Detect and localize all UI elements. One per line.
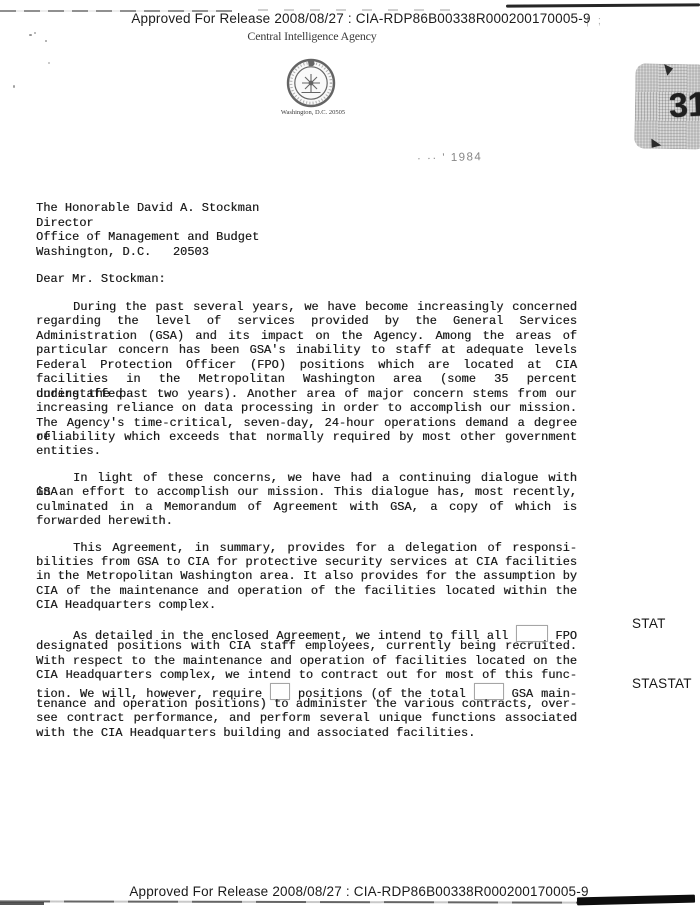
date-stamp: · ·· ' 1984 (417, 151, 483, 165)
cia-seal-icon (284, 54, 338, 113)
letter-paragraph: During the past several years, we have b… (36, 300, 577, 459)
letter-line: CIA Headquarters complex, we intend to c… (36, 668, 577, 682)
page-number-stamp: 31 (634, 63, 700, 149)
letter-body: During the past several years, we have b… (36, 300, 577, 752)
scan-artifact-bottom-line (0, 900, 583, 903)
scan-speck (13, 85, 15, 88)
stat-margin-note: STAT (632, 616, 666, 631)
letter-line: tenance and operation positions) to admi… (36, 697, 577, 711)
recipient-address-block: The Honorable David A. StockmanDirectorO… (36, 201, 259, 259)
letter-line: entities. (36, 444, 577, 458)
letterhead-agency-name: Central Intelligence Agency (0, 29, 662, 44)
letter-line: increasing reliance on data processing i… (36, 401, 577, 415)
letter-line: Federal Protection Officer (FPO) positio… (36, 358, 577, 372)
letter-line: with the CIA Headquarters building and a… (36, 726, 577, 740)
letter-line: in an effort to accomplish our mission. … (36, 485, 577, 499)
letter-line: In light of these concerns, we have had … (36, 471, 577, 485)
recipient-line: Director (36, 216, 259, 231)
recipient-line: Office of Management and Budget (36, 230, 259, 245)
letter-line: As detailed in the enclosed Agreement, w… (36, 625, 577, 639)
letter-line: tion. We will, however, require position… (36, 683, 577, 697)
letter-line: CIA Headquarters complex. (36, 598, 577, 612)
scan-artifact-bottom-stub (0, 902, 44, 905)
letter-line: reliability which exceeds that normally … (36, 430, 577, 444)
letter-line: Administration (GSA) and its impact on t… (36, 329, 577, 343)
letter-line: forwarded herewith. (36, 514, 577, 528)
letter-line: bilities from GSA to CIA for protective … (36, 555, 577, 569)
letter-line: see contract performance, and perform se… (36, 711, 577, 725)
letter-paragraph: As detailed in the enclosed Agreement, w… (36, 625, 577, 741)
recipient-line: Washington, D.C. 20503 (36, 245, 259, 260)
letterhead-address: Washington, D.C. 20505 (0, 109, 663, 116)
letter-paragraph: In light of these concerns, we have had … (36, 471, 577, 529)
scanned-letter-page: { "header": { "release_line": "Approved … (0, 0, 700, 906)
letter-line: during the past two years). Another area… (36, 387, 577, 401)
letter-line: in the Metropolitan Washington area. It … (36, 569, 577, 583)
letter-line: facilities in the Metropolitan Washingto… (36, 372, 577, 386)
letter-line: designated positions with CIA staff empl… (36, 639, 577, 653)
stamp-number: 31 (668, 85, 700, 126)
stat-margin-note: STASTAT (632, 676, 692, 691)
stamp-mark-icon (660, 64, 673, 76)
letter-line: CIA of the maintenance and operation of … (36, 584, 577, 598)
stamp-mark-icon (649, 137, 661, 148)
letter-line: regarding the level of services provided… (36, 314, 577, 328)
letter-paragraph: This Agreement, in summary, provides for… (36, 541, 577, 613)
letter-line: During the past several years, we have b… (36, 300, 577, 314)
recipient-line: The Honorable David A. Stockman (36, 201, 259, 216)
letter-line: particular concern has been GSA's inabil… (36, 343, 577, 357)
letter-line: With respect to the maintenance and oper… (36, 654, 577, 668)
letter-line: culminated in a Memorandum of Agreement … (36, 500, 577, 514)
letter-line: The Agency's time-critical, seven-day, 2… (36, 416, 577, 430)
scan-speck (48, 62, 50, 64)
scan-artifact-bottom-black-bar (577, 895, 695, 906)
letter-line: This Agreement, in summary, provides for… (36, 541, 577, 555)
scan-artifact-top-right-line (506, 3, 700, 7)
scan-artifact-header-marks: | ; (586, 15, 604, 27)
salutation: Dear Mr. Stockman: (36, 272, 166, 287)
